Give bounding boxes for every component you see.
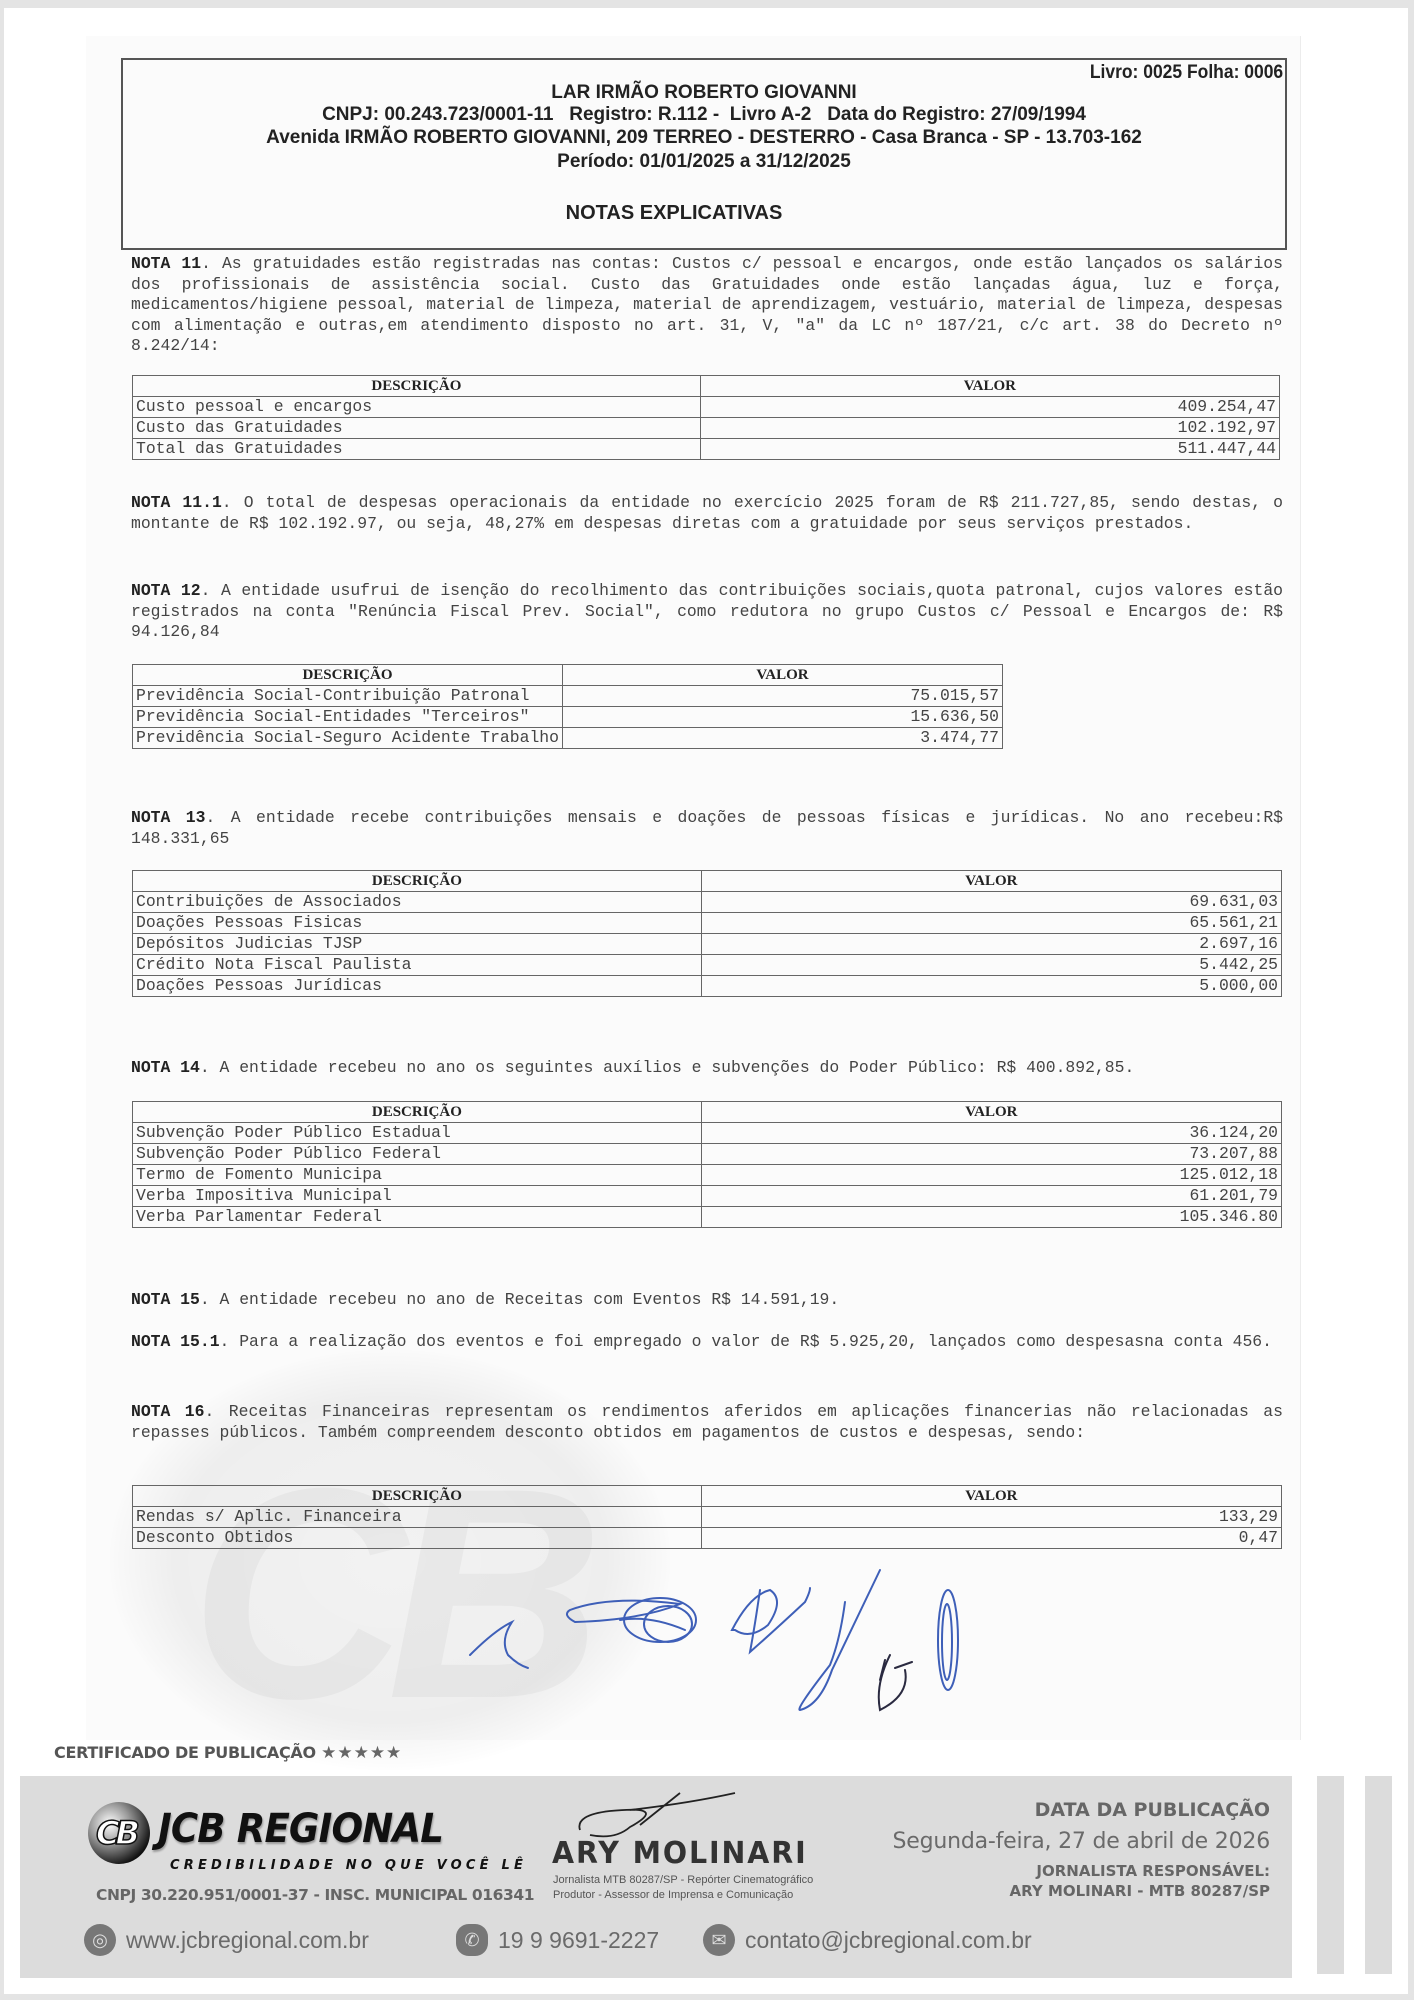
- website-contact[interactable]: ◎ www.jcbregional.com.br: [84, 1924, 369, 1956]
- note-label: NOTA 14: [131, 1058, 200, 1077]
- note-text: . As gratuidades estão registradas nas c…: [131, 254, 1283, 355]
- table-subvencoes: DESCRIÇÃOVALORSubvenção Poder Público Es…: [132, 1101, 1282, 1228]
- description-cell: Subvenção Poder Público Federal: [133, 1144, 702, 1165]
- logo-name: JCB REGIONAL: [158, 1806, 443, 1852]
- publication-date: Segunda-feira, 27 de abril de 2026: [892, 1829, 1270, 1854]
- table-contribuicoes: DESCRIÇÃOVALORContribuições de Associado…: [132, 870, 1282, 997]
- description-cell: Depósitos Judicias TJSP: [133, 934, 702, 955]
- column-header-valor: VALOR: [700, 376, 1279, 397]
- value-cell: 133,29: [701, 1507, 1281, 1528]
- table-header-row: DESCRIÇÃOVALOR: [133, 1486, 1282, 1507]
- value-cell: 75.015,57: [562, 686, 1002, 707]
- note-15: NOTA 15. A entidade recebeu no ano de Re…: [131, 1290, 1283, 1311]
- column-header-valor: VALOR: [562, 665, 1002, 686]
- logo-mark: CB: [96, 1814, 136, 1852]
- note-label: NOTA 15.1: [131, 1332, 220, 1351]
- entity-name: LAR IRMÃO ROBERTO GIOVANNI: [123, 82, 1285, 104]
- value-cell: 65.561,21: [701, 913, 1281, 934]
- note-text: . A entidade recebeu no ano de Receitas …: [200, 1290, 839, 1309]
- value-cell: 15.636,50: [562, 707, 1002, 728]
- note-label: NOTA 15: [131, 1290, 200, 1309]
- note-12: NOTA 12. A entidade usufrui de isenção d…: [131, 581, 1283, 643]
- note-label: NOTA 11.1: [131, 493, 222, 512]
- column-header-descricao: DESCRIÇÃO: [133, 376, 701, 397]
- value-cell: 511.447,44: [700, 439, 1279, 460]
- table-row: Subvenção Poder Público Estadual36.124,2…: [133, 1123, 1282, 1144]
- table-row: Subvenção Poder Público Federal73.207,88: [133, 1144, 1282, 1165]
- book-page-reference: Livro: 0025 Folha: 0006: [1090, 62, 1283, 84]
- decorative-bar: [1365, 1776, 1392, 1974]
- table-row: Previdência Social-Entidades "Terceiros"…: [133, 707, 1003, 728]
- table-row: Total das Gratuidades511.447,44: [133, 439, 1280, 460]
- note-text: . O total de despesas operacionais da en…: [131, 493, 1283, 533]
- description-cell: Previdência Social-Seguro Acidente Traba…: [133, 728, 563, 749]
- note-13: NOTA 13. A entidade recebe contribuições…: [131, 808, 1283, 849]
- certificate-label: CERTIFICADO DE PUBLICAÇÃO: [54, 1743, 316, 1762]
- phone-icon: ✆: [456, 1924, 488, 1956]
- value-cell: 36.124,20: [701, 1123, 1281, 1144]
- table-row: Depósitos Judicias TJSP2.697,16: [133, 934, 1282, 955]
- value-cell: 409.254,47: [700, 397, 1279, 418]
- table-receitas-financeiras: DESCRIÇÃOVALORRendas s/ Aplic. Financeir…: [132, 1485, 1282, 1549]
- table-row: Doações Pessoas Fisicas65.561,21: [133, 913, 1282, 934]
- table-row: Crédito Nota Fiscal Paulista5.442,25: [133, 955, 1282, 976]
- entity-address: Avenida IRMÃO ROBERTO GIOVANNI, 209 TERR…: [123, 127, 1285, 149]
- table-row: Verba Impositiva Municipal61.201,79: [133, 1186, 1282, 1207]
- table-row: Custo pessoal e encargos409.254,47: [133, 397, 1280, 418]
- description-cell: Termo de Fomento Municipa: [133, 1165, 702, 1186]
- rating-stars-icon: ★★★★★: [321, 1743, 402, 1763]
- value-cell: 3.474,77: [562, 728, 1002, 749]
- description-cell: Desconto Obtidos: [133, 1528, 702, 1549]
- note-11-1: NOTA 11.1. O total de despesas operacion…: [131, 493, 1283, 534]
- description-cell: Total das Gratuidades: [133, 439, 701, 460]
- publication-date-label: DATA DA PUBLICAÇÃO: [1035, 1799, 1270, 1821]
- reporting-period: Período: 01/01/2025 a 31/12/2025: [123, 151, 1285, 173]
- value-cell: 73.207,88: [701, 1144, 1281, 1165]
- table-row: Desconto Obtidos0,47: [133, 1528, 1282, 1549]
- description-cell: Rendas s/ Aplic. Financeira: [133, 1507, 702, 1528]
- journalist-role: Produtor - Assessor de Imprensa e Comuni…: [553, 1889, 793, 1901]
- description-cell: Verba Impositiva Municipal: [133, 1186, 702, 1207]
- value-cell: 5.442,25: [701, 955, 1281, 976]
- section-title: NOTAS EXPLICATIVAS: [63, 202, 1285, 225]
- value-cell: 5.000,00: [701, 976, 1281, 997]
- description-cell: Verba Parlamentar Federal: [133, 1207, 702, 1228]
- note-label: NOTA 12: [131, 581, 201, 600]
- journalist-brand: ARY MOLINARI: [552, 1836, 808, 1871]
- description-cell: Previdência Social-Contribuição Patronal: [133, 686, 563, 707]
- responsible-journalist-name: ARY MOLINARI - MTB 80287/SP: [1010, 1882, 1270, 1900]
- column-header-descricao: DESCRIÇÃO: [133, 665, 563, 686]
- globe-icon: ◎: [84, 1924, 116, 1956]
- table-header-row: DESCRIÇÃOVALOR: [133, 376, 1280, 397]
- column-header-descricao: DESCRIÇÃO: [133, 1486, 702, 1507]
- value-cell: 125.012,18: [701, 1165, 1281, 1186]
- description-cell: Doações Pessoas Jurídicas: [133, 976, 702, 997]
- note-label: NOTA 11: [131, 254, 201, 273]
- table-previdencia: DESCRIÇÃOVALORPrevidência Social-Contrib…: [132, 664, 1003, 749]
- table-row: Previdência Social-Contribuição Patronal…: [133, 686, 1003, 707]
- note-text: . A entidade recebeu no ano os seguintes…: [200, 1058, 1134, 1077]
- table-header-row: DESCRIÇÃOVALOR: [133, 1102, 1282, 1123]
- description-cell: Doações Pessoas Fisicas: [133, 913, 702, 934]
- registration-info: CNPJ: 00.243.723/0001-11 Registro: R.112…: [123, 104, 1285, 126]
- publication-certificate: CERTIFICADO DE PUBLICAÇÃO ★★★★★: [54, 1743, 402, 1763]
- phone-contact[interactable]: ✆ 19 9 9691-2227: [456, 1924, 659, 1956]
- description-cell: Crédito Nota Fiscal Paulista: [133, 955, 702, 976]
- note-text: . A entidade usufrui de isenção do recol…: [131, 581, 1283, 641]
- journalist-credentials: Jornalista MTB 80287/SP - Repórter Cinem…: [553, 1874, 813, 1886]
- note-label: NOTA 13: [131, 808, 205, 827]
- note-label: NOTA 16: [131, 1402, 204, 1421]
- website-link[interactable]: www.jcbregional.com.br: [126, 1927, 369, 1954]
- value-cell: 0,47: [701, 1528, 1281, 1549]
- note-text: . Receitas Financeiras representam os re…: [131, 1402, 1283, 1442]
- value-cell: 102.192,97: [700, 418, 1279, 439]
- description-cell: Custo pessoal e encargos: [133, 397, 701, 418]
- note-text: . Para a realização dos eventos e foi em…: [220, 1332, 1272, 1351]
- description-cell: Custo das Gratuidades: [133, 418, 701, 439]
- table-row: Previdência Social-Seguro Acidente Traba…: [133, 728, 1003, 749]
- table-header-row: DESCRIÇÃOVALOR: [133, 665, 1003, 686]
- value-cell: 105.346.80: [701, 1207, 1281, 1228]
- decorative-bar: [1317, 1776, 1344, 1974]
- description-cell: Subvenção Poder Público Estadual: [133, 1123, 702, 1144]
- responsible-journalist-label: JORNALISTA RESPONSÁVEL:: [1036, 1862, 1270, 1880]
- company-id: CNPJ 30.220.951/0001-37 - INSC. MUNICIPA…: [96, 1886, 534, 1904]
- note-15-1: NOTA 15.1. Para a realização dos eventos…: [131, 1332, 1283, 1353]
- column-header-descricao: DESCRIÇÃO: [133, 871, 702, 892]
- description-cell: Contribuições de Associados: [133, 892, 702, 913]
- table-row: Rendas s/ Aplic. Financeira133,29: [133, 1507, 1282, 1528]
- table-gratuidades: DESCRIÇÃOVALORCusto pessoal e encargos40…: [132, 375, 1280, 460]
- email-link[interactable]: contato@jcbregional.com.br: [745, 1927, 1032, 1954]
- description-cell: Previdência Social-Entidades "Terceiros": [133, 707, 563, 728]
- document-header: Livro: 0025 Folha: 0006 LAR IRMÃO ROBERT…: [121, 58, 1287, 250]
- table-row: Custo das Gratuidades102.192,97: [133, 418, 1280, 439]
- email-contact[interactable]: ✉ contato@jcbregional.com.br: [703, 1924, 1032, 1956]
- value-cell: 69.631,03: [701, 892, 1281, 913]
- column-header-valor: VALOR: [701, 1486, 1281, 1507]
- column-header-valor: VALOR: [701, 871, 1281, 892]
- note-16: NOTA 16. Receitas Financeiras representa…: [131, 1402, 1283, 1443]
- column-header-valor: VALOR: [701, 1102, 1281, 1123]
- phone-number[interactable]: 19 9 9691-2227: [498, 1927, 659, 1954]
- note-text: . A entidade recebe contribuições mensai…: [131, 808, 1283, 848]
- envelope-icon: ✉: [703, 1924, 735, 1956]
- table-row: Termo de Fomento Municipa125.012,18: [133, 1165, 1282, 1186]
- column-header-descricao: DESCRIÇÃO: [133, 1102, 702, 1123]
- table-header-row: DESCRIÇÃOVALOR: [133, 871, 1282, 892]
- table-row: Doações Pessoas Jurídicas5.000,00: [133, 976, 1282, 997]
- tagline: CREDIBILIDADE NO QUE VOCÊ LÊ: [170, 1858, 527, 1873]
- note-11: NOTA 11. As gratuidades estão registrada…: [131, 254, 1283, 357]
- table-row: Contribuições de Associados69.631,03: [133, 892, 1282, 913]
- value-cell: 2.697,16: [701, 934, 1281, 955]
- signatures: [450, 1560, 1330, 1730]
- note-14: NOTA 14. A entidade recebeu no ano os se…: [131, 1058, 1283, 1079]
- value-cell: 61.201,79: [701, 1186, 1281, 1207]
- table-row: Verba Parlamentar Federal105.346.80: [133, 1207, 1282, 1228]
